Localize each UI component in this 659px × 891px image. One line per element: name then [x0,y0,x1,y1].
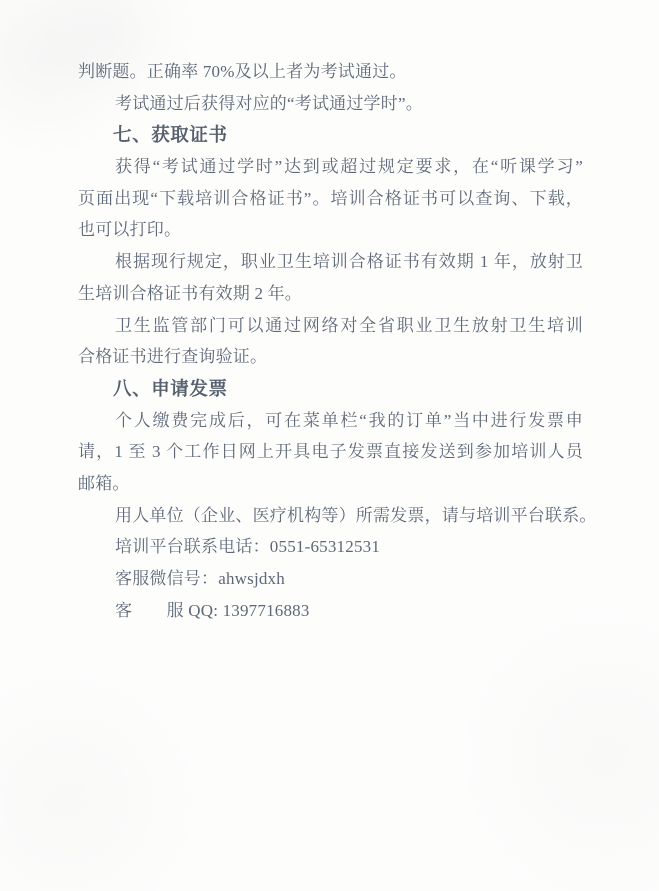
paragraph-line: 判断题。正确率 70%及以上者为考试通过。 [78,56,583,88]
section-heading-invoice: 八、申请发票 [78,373,583,405]
paragraph-line: 也可以打印。 [78,214,583,246]
phone-number-line: 培训平台联系电话：0551-65312531 [78,531,583,563]
paragraph-line: 考试通过后获得对应的“考试通过学时”。 [78,88,583,120]
paragraph-line: 生培训合格证书有效期 2 年。 [78,278,583,310]
paragraph-line: 卫生监管部门可以通过网络对全省职业卫生放射卫生培训 [78,310,583,342]
paragraph-line: 请，1 至 3 个工作日网上开具电子发票直接发送到参加培训人员 [78,436,583,468]
document-text-block: 判断题。正确率 70%及以上者为考试通过。 考试通过后获得对应的“考试通过学时”… [78,56,583,626]
paragraph-line: 根据现行规定，职业卫生培训合格证书有效期 1 年，放射卫 [78,246,583,278]
document-page: 判断题。正确率 70%及以上者为考试通过。 考试通过后获得对应的“考试通过学时”… [0,0,659,891]
qq-number-line: 客 服 QQ: 1397716883 [78,595,583,627]
paragraph-line: 合格证书进行查询验证。 [78,341,583,373]
paragraph-line: 页面出现“下载培训合格证书”。培训合格证书可以查询、下载， [78,183,583,215]
paragraph-line: 获得“考试通过学时”达到或超过规定要求，在“听课学习” [78,151,583,183]
paragraph-line: 邮箱。 [78,468,583,500]
paragraph-line: 用人单位（企业、医疗机构等）所需发票，请与培训平台联系。 [78,500,583,532]
paragraph-line: 个人缴费完成后，可在菜单栏“我的订单”当中进行发票申 [78,405,583,437]
section-heading-certificates: 七、获取证书 [78,119,583,151]
wechat-id-line: 客服微信号：ahwsjdxh [78,563,583,595]
